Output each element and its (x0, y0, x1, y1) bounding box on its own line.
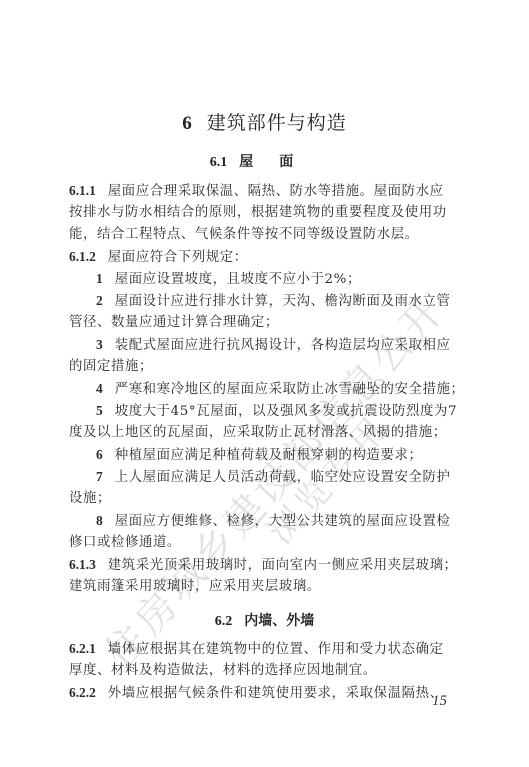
item-text: 管径、数量应通过计算合理确定； (69, 315, 279, 330)
clause-number: 6.2.1 (69, 641, 96, 656)
clause-number: 6.1.1 (69, 183, 96, 198)
text-line: 的固定措施； (69, 356, 459, 378)
item-number: 2 (96, 293, 103, 308)
section-title-6-1: 6.1屋面 (0, 151, 529, 171)
page-number: 15 (432, 693, 447, 710)
item-line: 4严寒和寒冷地区的屋面应采取防止冰雪融坠的安全措施； (96, 378, 459, 401)
item-text: 严寒和寒冷地区的屋面应采取防止冰雪融坠的安全措施； (115, 382, 465, 397)
item-line: 8屋面应方便维修、检修，大型公共建筑的屋面应设置检 (96, 510, 459, 533)
clause-text: 外墙应根据气候条件和建筑使用要求，采取保温隔热、 (108, 686, 444, 701)
section-title-text: 屋面 (239, 154, 319, 170)
section-number: 6.1 (210, 155, 228, 170)
clause-text: 屋面应符合下列规定： (108, 250, 248, 265)
item-line: 3装配式屋面应进行抗风揭设计，各构造层均应采取相应 (96, 334, 459, 357)
clause-line: 6.1.1屋面应合理采取保温、隔热、防水等措施。屋面防水应 (69, 180, 459, 203)
item-text: 屋面应方便维修、检修，大型公共建筑的屋面应设置检 (115, 514, 451, 529)
clause-text: 建筑雨篷采用玻璃时，应采用夹层玻璃。 (69, 579, 321, 594)
clause-text: 屋面应合理采取保温、隔热、防水等措施。屋面防水应 (108, 184, 444, 199)
chapter-title-text: 建筑部件与构造 (207, 112, 347, 134)
item-text: 屋面应设置坡度，且坡度不应小于2%； (115, 272, 361, 287)
text-line: 管径、数量应通过计算合理确定； (69, 312, 459, 334)
chapter-title: 6建筑部件与构造 (0, 108, 529, 135)
item-line: 7上人屋面应满足人员活动荷载，临空处应设置安全防护 (96, 466, 459, 489)
clause-line: 6.2.2外墙应根据气候条件和建筑使用要求，采取保温隔热、 (69, 682, 459, 705)
clause-line: 6.2.1墙体应根据其在建筑物中的位置、作用和受力状态确定 (69, 638, 459, 661)
clause-line: 6.1.3建筑采光顶采用玻璃时，面向室内一侧应采用夹层玻璃； (69, 554, 459, 577)
item-number: 1 (96, 271, 103, 286)
item-text: 度及以上地区的瓦屋面，应采取防止瓦材滑落、风揭的措施； (69, 425, 447, 440)
text-line: 度及以上地区的瓦屋面，应采取防止瓦材滑落、风揭的措施； (69, 422, 459, 444)
clause-text: 建筑采光顶采用玻璃时，面向室内一侧应采用夹层玻璃； (108, 558, 458, 573)
document-page: 住房城乡建设部信息公开 浏览专用 6建筑部件与构造 6.1屋面 6.1.1屋面应… (0, 0, 529, 767)
item-number: 6 (96, 447, 103, 462)
item-number: 5 (96, 403, 103, 418)
item-text: 坡度大于45°瓦屋面，以及强风多发或抗震设防烈度为7 (115, 404, 457, 419)
item-text: 的固定措施； (69, 359, 153, 374)
item-text: 屋面设计应进行排水计算，天沟、檐沟断面及雨水立管 (115, 294, 451, 309)
item-number: 7 (96, 469, 103, 484)
item-text: 装配式屋面应进行抗风揭设计，各构造层均应采取相应 (115, 338, 451, 353)
clause-text: 能，结合工程特点、气候条件等按不同等级设置防水层。 (69, 227, 419, 242)
clause-number: 6.2.2 (69, 685, 96, 700)
clause-text: 按排水与防水相结合的原则，根据建筑物的重要程度及使用功 (69, 205, 447, 220)
text-line: 厚度、材料及构造做法，材料的选择应因地制宜。 (69, 660, 459, 682)
item-number: 4 (96, 381, 103, 396)
item-line: 2屋面设计应进行排水计算，天沟、檐沟断面及雨水立管 (96, 290, 459, 313)
text-line: 建筑雨篷采用玻璃时，应采用夹层玻璃。 (69, 576, 459, 598)
item-number: 8 (96, 513, 103, 528)
chapter-number: 6 (182, 113, 193, 134)
section-number: 6.2 (215, 614, 233, 629)
item-text: 种植屋面应满足种植荷载及耐根穿刺的构造要求； (115, 448, 423, 463)
item-text: 上人屋面应满足人员活动荷载，临空处应设置安全防护 (115, 470, 451, 485)
clause-text: 墙体应根据其在建筑物中的位置、作用和受力状态确定 (108, 642, 444, 657)
clause-number: 6.1.3 (69, 557, 96, 572)
item-number: 3 (96, 337, 103, 352)
text-line: 设施； (69, 488, 459, 510)
clause-line: 6.1.2屋面应符合下列规定： (69, 246, 459, 269)
item-text: 设施； (69, 491, 111, 506)
item-text: 修口或检修通道。 (69, 535, 181, 550)
text-line: 能，结合工程特点、气候条件等按不同等级设置防水层。 (69, 224, 459, 246)
section-title-text: 内墙、外墙 (244, 613, 314, 629)
text-line: 按排水与防水相结合的原则，根据建筑物的重要程度及使用功 (69, 202, 459, 224)
text-line: 修口或检修通道。 (69, 532, 459, 554)
item-line: 6种植屋面应满足种植荷载及耐根穿刺的构造要求； (96, 444, 459, 467)
item-line: 5坡度大于45°瓦屋面，以及强风多发或抗震设防烈度为7 (96, 400, 459, 423)
item-line: 1屋面应设置坡度，且坡度不应小于2%； (96, 268, 459, 291)
section-title-6-2: 6.2内墙、外墙 (0, 610, 529, 630)
clause-number: 6.1.2 (69, 249, 96, 264)
clause-text: 厚度、材料及构造做法，材料的选择应因地制宜。 (69, 663, 377, 678)
